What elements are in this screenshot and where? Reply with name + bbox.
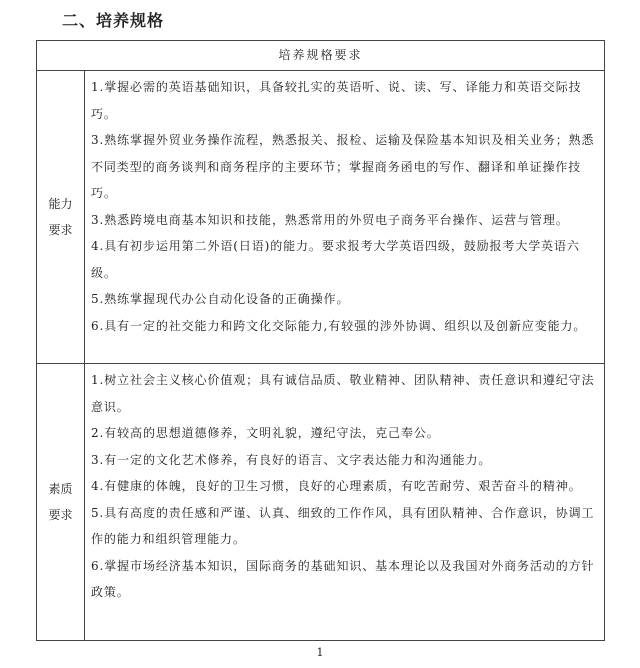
list-item: 3.熟悉跨境电商基本知识和技能，熟悉常用的外贸电子商务平台操作、运营与管理。 [91, 207, 600, 234]
page-number: 1 [0, 646, 640, 659]
list-item: 5.具有高度的责任感和严谨、认真、细致的工作作风，具有团队精神、合作意识，协调工… [91, 500, 600, 553]
list-item: 4.具有初步运用第二外语(日语)的能力。要求报考大学英语四级，鼓励报考大学英语六… [91, 233, 600, 286]
section-heading: 二、培养规格 [62, 8, 164, 31]
list-item: 1.树立社会主义核心价值观；具有诚信品质、敬业精神、团队精神、责任意识和遵纪守法… [91, 367, 600, 420]
row-content-quality: 1.树立社会主义核心价值观；具有诚信品质、敬业精神、团队精神、责任意识和遵纪守法… [85, 364, 604, 640]
row-label-quality: 素质 要求 [37, 364, 85, 640]
training-spec-table: 培养规格要求 能力 要求 1.掌握必需的英语基础知识，具备较扎实的英语听、说、读… [36, 40, 605, 641]
row-content-ability: 1.掌握必需的英语基础知识，具备较扎实的英语听、说、读、写、译能力和英语交际技巧… [85, 71, 604, 363]
row-label-line: 素质 [48, 476, 72, 502]
list-item: 3.熟练掌握外贸业务操作流程，熟悉报关、报检、运输及保险基本知识及相关业务；熟悉… [91, 127, 600, 207]
table-header: 培养规格要求 [37, 41, 604, 71]
row-label-line: 要求 [48, 502, 72, 528]
list-item: 6.掌握市场经济基本知识，国际商务的基础知识、基本理论以及我国对外商务活动的方针… [91, 553, 600, 606]
row-label-line: 能力 [48, 191, 72, 217]
list-item: 5.熟练掌握现代办公自动化设备的正确操作。 [91, 286, 600, 313]
table-row-quality: 素质 要求 1.树立社会主义核心价值观；具有诚信品质、敬业精神、团队精神、责任意… [37, 363, 604, 640]
row-label-ability: 能力 要求 [37, 71, 85, 363]
list-item: 3.有一定的文化艺术修养，有良好的语言、文字表达能力和沟通能力。 [91, 447, 600, 474]
list-item: 1.掌握必需的英语基础知识，具备较扎实的英语听、说、读、写、译能力和英语交际技巧… [91, 74, 600, 127]
list-item: 2.有较高的思想道德修养，文明礼貌，遵纪守法，克己奉公。 [91, 420, 600, 447]
list-item: 6.具有一定的社交能力和跨文化交际能力,有较强的涉外协调、组织以及创新应变能力。 [91, 313, 600, 340]
table-row-ability: 能力 要求 1.掌握必需的英语基础知识，具备较扎实的英语听、说、读、写、译能力和… [37, 71, 604, 363]
list-item: 4.有健康的体魄，良好的卫生习惯，良好的心理素质，有吃苦耐劳、艰苦奋斗的精神。 [91, 473, 600, 500]
row-label-line: 要求 [48, 217, 72, 243]
